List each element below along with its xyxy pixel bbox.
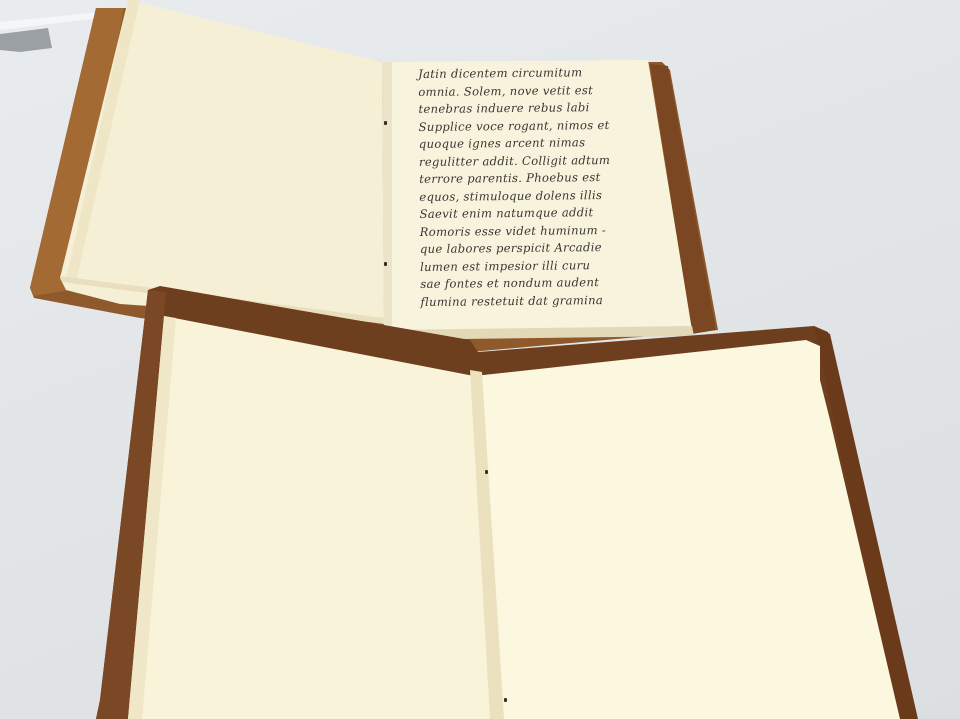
handwritten-text: Jatin dicentem circumitum omnia. Solem, … — [418, 63, 661, 310]
binding-hole — [504, 698, 507, 702]
grey-object — [0, 28, 52, 52]
binding-hole — [384, 121, 387, 125]
text-line: flumina restetuit dat gramina — [420, 291, 660, 311]
front-notebook-left-page — [128, 316, 496, 719]
front-notebook — [96, 286, 918, 719]
binding-hole — [485, 470, 488, 474]
binding-hole — [384, 262, 387, 266]
